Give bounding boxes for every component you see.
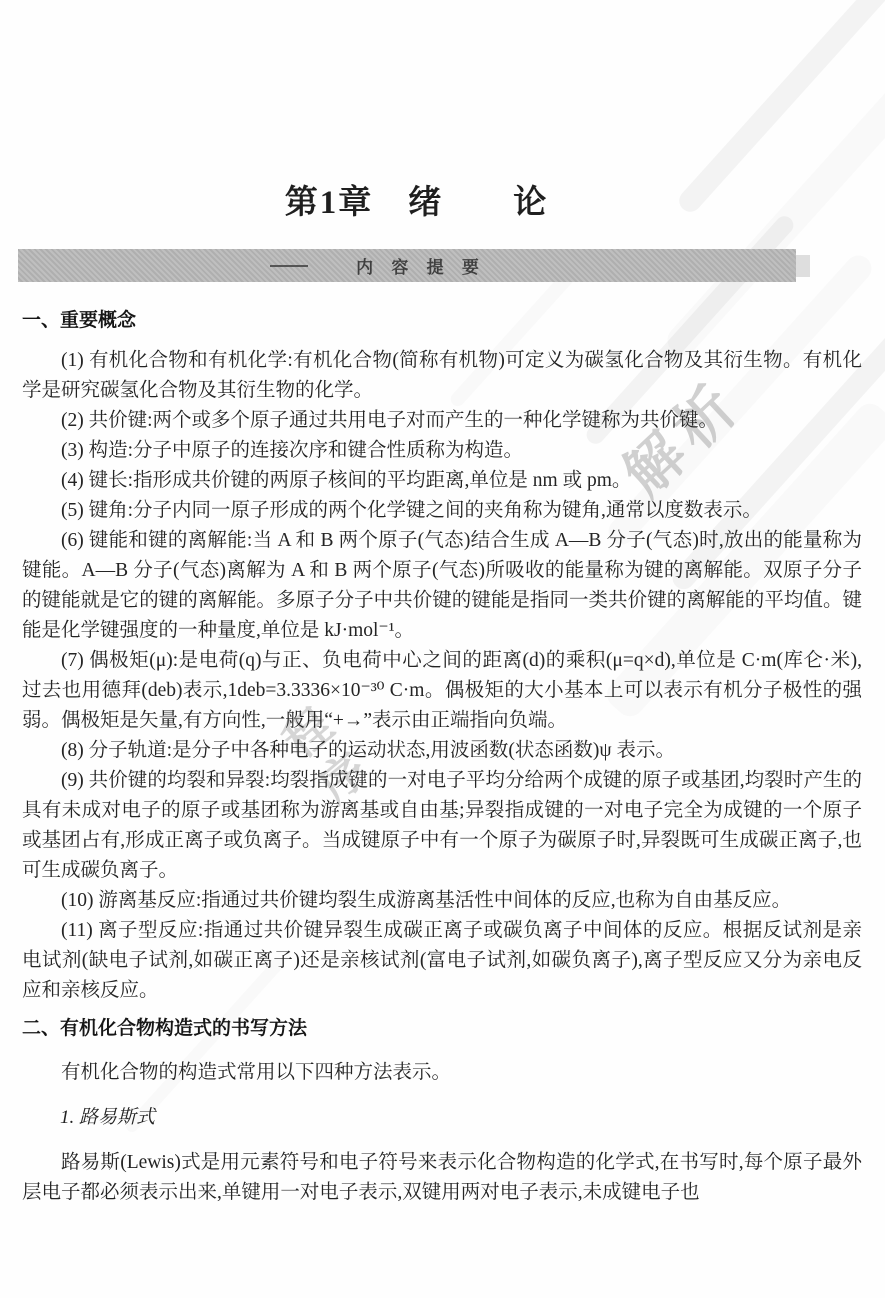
chapter-title: 第1章 绪 论 [0, 176, 833, 223]
page-body: 一、重要概念 (1) 有机化合物和有机化学:有机化合物(简称有机物)可定义为碳氢… [22, 306, 862, 1208]
concept-item-4: (4) 键长:指形成共价键的两原子核间的平均距离,单位是 nm 或 pm。 [22, 466, 862, 496]
book-page: 解析 程 序 第1章 绪 论 内 容 提 要 一、重要概念 (1) 有机化合物和… [0, 0, 885, 1298]
concept-item-5: (5) 键角:分子内同一原子形成的两个化学键之间的夹角称为键角,通常以度数表示。 [22, 496, 862, 526]
section-2-intro: 有机化合物的构造式常用以下四种方法表示。 [22, 1058, 862, 1088]
concept-item-10: (10) 游离基反应:指通过共价键均裂生成游离基活性中间体的反应,也称为自由基反… [22, 886, 862, 916]
concept-item-1: (1) 有机化合物和有机化学:有机化合物(简称有机物)可定义为碳氢化合物及其衍生… [22, 346, 862, 406]
concept-item-2: (2) 共价键:两个或多个原子通过共用电子对而产生的一种化学键称为共价键。 [22, 406, 862, 436]
concept-item-11: (11) 离子型反应:指通过共价键异裂生成碳正离子或碳负离子中间体的反应。根据反… [22, 916, 862, 1006]
subsection-1-heading: 1. 路易斯式 [22, 1103, 862, 1133]
concept-item-6: (6) 键能和键的离解能:当 A 和 B 两个原子(气态)结合生成 A—B 分子… [22, 526, 862, 646]
concept-item-8: (8) 分子轨道:是分子中各种电子的运动状态,用波函数(状态函数)ψ 表示。 [22, 736, 862, 766]
concept-item-9: (9) 共价键的均裂和异裂:均裂指成键的一对电子平均分给两个成键的原子或基团,均… [22, 766, 862, 886]
section-2-heading: 二、有机化合物构造式的书写方法 [22, 1014, 862, 1044]
banner-dash-line [270, 265, 308, 267]
subsection-1-paragraph: 路易斯(Lewis)式是用元素符号和电子符号来表示化合物构造的化学式,在书写时,… [22, 1148, 862, 1208]
section-1-heading: 一、重要概念 [22, 306, 862, 336]
concept-item-3: (3) 构造:分子中原子的连接次序和键合性质称为构造。 [22, 436, 862, 466]
banner-title: 内 容 提 要 [356, 253, 486, 278]
concept-item-7: (7) 偶极矩(μ):是电荷(q)与正、负电荷中心之间的距离(d)的乘积(μ=q… [22, 646, 862, 736]
summary-banner: 内 容 提 要 [18, 249, 796, 282]
